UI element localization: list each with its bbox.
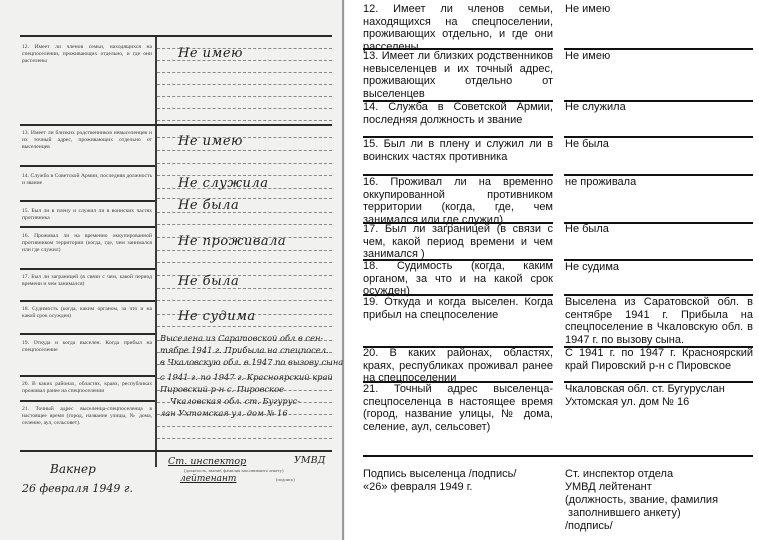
question-17: 17. Был ли заграницей (в связи с чем, ка… <box>363 223 553 261</box>
answer-16: не проживала <box>565 176 753 189</box>
scan-question-17: 17. Был ли заграницей (в связи с чем, ка… <box>22 274 152 288</box>
scan-inspector-title: Ст. инспектор <box>168 456 246 467</box>
section-rule <box>20 200 155 202</box>
question-20: 20. В каких районах, областях, краях, ре… <box>363 347 553 385</box>
answer-12: Не имею <box>565 3 753 16</box>
answer-21: Чкаловская обл. ст. Бугуруслан Ухтомская… <box>565 383 753 408</box>
scan-answer-13: Не имею <box>178 134 243 149</box>
scan-question-18: 18. Судимость (когда, каким органом, за … <box>22 306 152 320</box>
scan-answer-19-line3: в Чкаловскую обл. в 1947 по вызову сына <box>160 357 345 368</box>
question-13: 13. Имеет ли близких родственников невыс… <box>363 50 553 100</box>
answer-line <box>157 108 332 109</box>
question-12: 12. Имеет ли членов семьи, находящихся н… <box>363 3 553 53</box>
scan-question-16: 16. Проживал ли на временно оккупированн… <box>22 233 152 254</box>
question-19: 19. Откуда и когда выселен. Когда прибыл… <box>363 296 553 321</box>
answer-line <box>157 150 332 151</box>
answer-14: Не служила <box>565 101 753 114</box>
answer-line <box>157 438 332 439</box>
answer-line <box>157 224 332 225</box>
scan-question-20: 20. В каких районах, областях, краях, ре… <box>22 381 152 395</box>
answer-17: Не была <box>565 223 753 236</box>
scanned-form-image: 12. Имеет ли членов семьи, находящихся н… <box>0 0 345 540</box>
scan-question-14: 14. Служба в Советской Армии, последняя … <box>22 173 152 187</box>
section-rule <box>20 35 332 37</box>
scan-answer-18: Не судима <box>178 309 256 324</box>
scan-answer-16: Не проживала <box>178 234 286 249</box>
scan-answer-20-line2: Пировский р-н с. Пировское <box>160 384 345 395</box>
scan-answer-20-line1: с 1941 г. по 1947 г. Красноярский край <box>160 372 345 383</box>
scan-answer-19-line2: тябре 1941 г. Прибыла на спецпосел. <box>160 345 345 356</box>
answer-line <box>157 300 332 301</box>
inspector-caption-line1: (должность, звание, фамилия <box>565 494 753 507</box>
scan-answer-21-line1: Чкаловская обл. ст. Бугурус- <box>170 396 345 407</box>
inspector-caption-line2: заполнившего анкету) <box>565 507 753 520</box>
question-15: 15. Был ли в плену и служил ли в воински… <box>363 138 553 163</box>
answer-line <box>157 426 332 427</box>
answer-line <box>157 262 332 263</box>
section-rule <box>20 300 155 302</box>
scan-signature-caption: (подпись) <box>276 477 295 482</box>
scan-answer-17: Не была <box>178 274 239 289</box>
section-rule <box>20 375 155 377</box>
scan-signature-date: 26 февраля 1949 г. <box>22 482 133 495</box>
scan-question-21: 21. Точный адрес выселенца-спецпоселенца… <box>22 406 152 427</box>
scan-question-13: 13. Имеет ли близких родственников невыс… <box>22 130 152 151</box>
answer-line <box>157 326 332 327</box>
scan-inspector-caption: (должность, звание, фамилия заполнившего… <box>184 468 284 473</box>
scan-answer-12: Не имею <box>178 46 243 61</box>
scan-applicant-signature: Вакнер <box>50 462 96 476</box>
answer-line <box>157 96 332 97</box>
scan-question-15: 15. Был ли в плену и служил ли в воински… <box>22 208 152 222</box>
section-rule <box>20 450 332 452</box>
answer-line <box>157 250 332 251</box>
answer-13: Не имею <box>565 50 753 63</box>
section-rule <box>20 333 155 335</box>
footer-divider <box>363 455 753 457</box>
section-rule <box>20 124 332 126</box>
page-edge <box>342 0 344 540</box>
scan-answer-15: Не была <box>178 198 239 213</box>
scan-inspector-org: УМВД <box>294 455 325 466</box>
question-16: 16. Проживал ли на временно оккупированн… <box>363 176 553 226</box>
inspector-signature: /подпись/ <box>565 520 753 533</box>
applicant-signature-label: Подпись выселенца /подпись/ <box>363 468 553 481</box>
section-rule <box>20 268 155 270</box>
scan-answer-21-line2: лан Ухтомская ул. дом № 16 <box>160 408 345 419</box>
inspector-rank: УМВД лейтенант <box>565 481 753 494</box>
answer-line <box>157 163 332 164</box>
answer-line <box>157 84 332 85</box>
scan-question-19: 19. Откуда и когда выселен. Когда прибыл… <box>22 340 152 354</box>
question-14: 14. Служба в Советской Армии, последняя … <box>363 101 553 126</box>
answer-line <box>157 120 332 121</box>
answer-20: С 1941 г. по 1947 г. Красноярский край П… <box>565 347 753 372</box>
answer-19: Выселена из Саратовской обл. в сентябре … <box>565 296 753 346</box>
section-rule <box>20 165 155 167</box>
scan-question-12: 12. Имеет ли членов семьи, находящихся н… <box>22 44 152 65</box>
section-rule <box>20 226 155 228</box>
scan-answer-19-line1: Выселена из Саратовской обл в сен- <box>160 333 345 344</box>
answer-18: Не судима <box>565 261 753 274</box>
transcription-panel: 12. Имеет ли членов семьи, находящихся н… <box>363 0 759 540</box>
inspector-title: Ст. инспектор отдела <box>565 468 753 481</box>
scan-answer-14: Не служила <box>178 176 268 191</box>
answer-line <box>157 72 332 73</box>
scan-inspector-rank: лейтенант <box>180 474 236 484</box>
section-rule <box>20 400 155 402</box>
question-21: 21. Точный адрес выселенца-спецпоселенца… <box>363 383 553 433</box>
answer-15: Не была <box>565 138 753 151</box>
question-18: 18. Судимость (когда, каким органом, за … <box>363 260 553 298</box>
signature-date: «26» февраля 1949 г. <box>363 481 553 494</box>
